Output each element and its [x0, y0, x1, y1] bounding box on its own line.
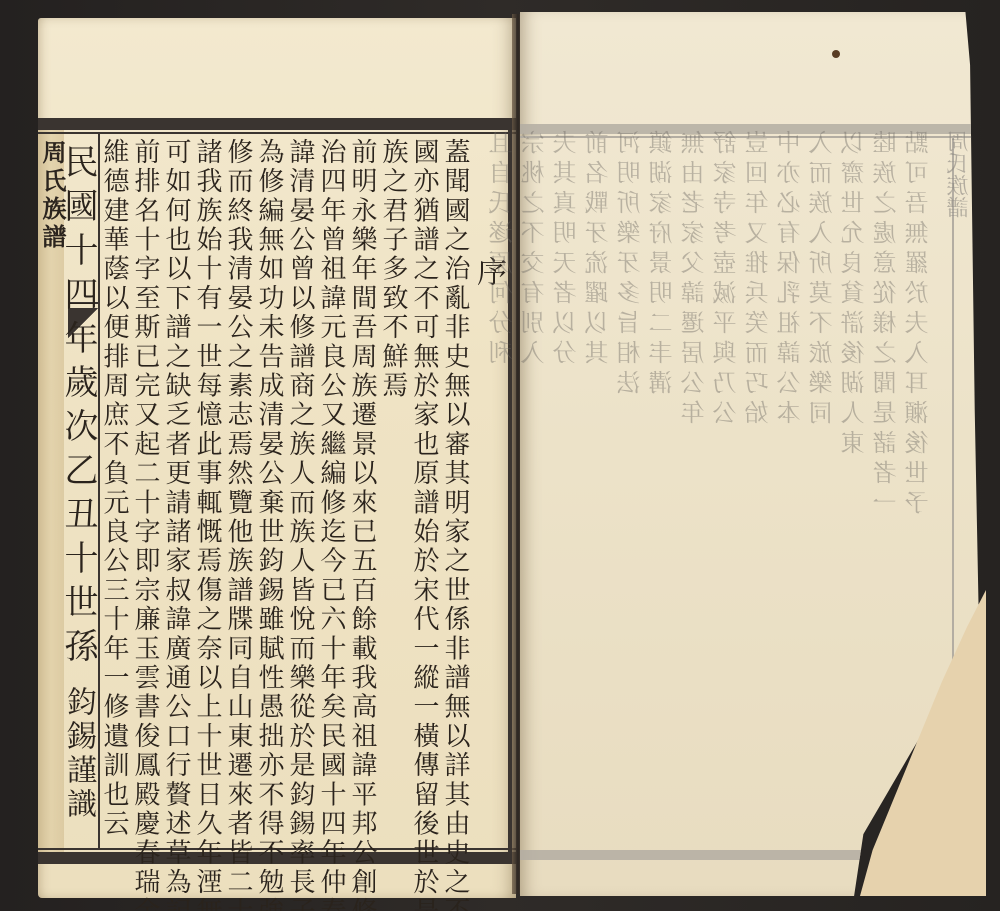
- text-column: 為修編無如功未告成清晏公棄世鈞錫雖賦性愚拙亦不得不勉強再繼重: [253, 138, 284, 846]
- text-column: 前排名十字至斯已完又起二十字即宗廉玉雲書俊鳳殿慶春瑞金寶恒福: [129, 138, 160, 846]
- text-column: 國亦猶譜之不可無於家也原譜始於宋代一縱一橫傳留後世於是敦本睦: [408, 138, 439, 846]
- ghost-column: 前名戰牙流躍以其: [583, 130, 615, 830]
- ghost-spine-title: 周氏族譜: [944, 130, 975, 218]
- ghost-column: 夫其真明天者以分: [551, 130, 583, 830]
- ghost-column: 睦族之處意從様之聞是諸者一: [871, 130, 903, 830]
- signature-name: 鈞錫謹識: [61, 686, 96, 822]
- ghost-column: 鎮湖家府景明二丰溝: [647, 130, 679, 830]
- ghost-column: 無由老家父諱遷居公年: [679, 130, 711, 830]
- ghost-column: 舒家寺考壺滅平與乃公: [711, 130, 743, 830]
- ghost-text: 點可吾無羅於夫入耳瀬後世予 睦族之處意從様之聞是諸者一 以齋世允良貧滸後湖人東 …: [535, 130, 935, 830]
- text-column: 可如何也以下譜之缺乏者更請諸家叔諱廣通公口行贅述草為記載且以: [160, 138, 191, 846]
- left-page: 周氏族譜 序 蓋聞國之治亂非史無以審其明家之世係非譜無以詳其由史之不可無於 國亦…: [38, 18, 516, 898]
- text-column: 治四年曾祖諱元良公又繼編修迄今已六十年矣民國十四年仲春八世祖: [315, 138, 346, 846]
- text-column: 諱清晏公曾以修譜商之族人而族人皆悅而樂從於是鈞錫率長子宗堯妥: [284, 138, 315, 846]
- ghost-column: 入而族入所莫不旅樂同: [807, 130, 839, 830]
- ghost-column: 點可吾無羅於夫入耳瀬後世予: [903, 130, 935, 830]
- text-column: 族之君子多致不鮮焉: [377, 138, 408, 846]
- ghost-column: 宗桃之不交有別入: [519, 130, 551, 830]
- ghost-column: 河明所樂牙多旨相法: [615, 130, 647, 830]
- page-frame-top: [38, 118, 516, 130]
- signature-date: 民國十四年歲次乙丑十世孫: [58, 144, 98, 672]
- wormhole-mark: [832, 50, 840, 58]
- text-column: 維德建華蔭以便排周庶不負元良公三十年一修遺訓也云: [98, 138, 129, 846]
- text-column: 蓋聞國之治亂非史無以審其明家之世係非譜無以詳其由史之不可無於: [439, 138, 470, 846]
- preface-text: 序 蓋聞國之治亂非史無以審其明家之世係非譜無以詳其由史之不可無於 國亦猶譜之不可…: [104, 138, 504, 846]
- text-column: 前明永樂年間吾周族遷景以來已五百餘載我高祖諱平邦公創修族譜同: [346, 138, 377, 846]
- ghost-column: 豈回年又推兵笑而巧始: [743, 130, 775, 830]
- ghost-column: 以齋世允良貧滸後湖人東: [839, 130, 871, 830]
- signature-column: 民國十四年歲次乙丑十世孫鈞錫謹識: [56, 138, 98, 846]
- ghost-column: 且自氏遂原何分利: [487, 130, 519, 830]
- text-column: 諸我族始十有一世每憶此事輒慨焉傷之奈以上十世日久年湮無法追述無: [191, 138, 222, 846]
- page-frame-bottom: [520, 850, 884, 860]
- page-frame-inner-top: [38, 132, 516, 134]
- center-fold-line: [952, 136, 954, 736]
- text-column: 修而終我清晏公之素志焉然覽他族譜牒同自山東遷來者皆二十餘世考: [222, 138, 253, 846]
- ghost-column: 中亦必有保乳祖諱公本: [775, 130, 807, 830]
